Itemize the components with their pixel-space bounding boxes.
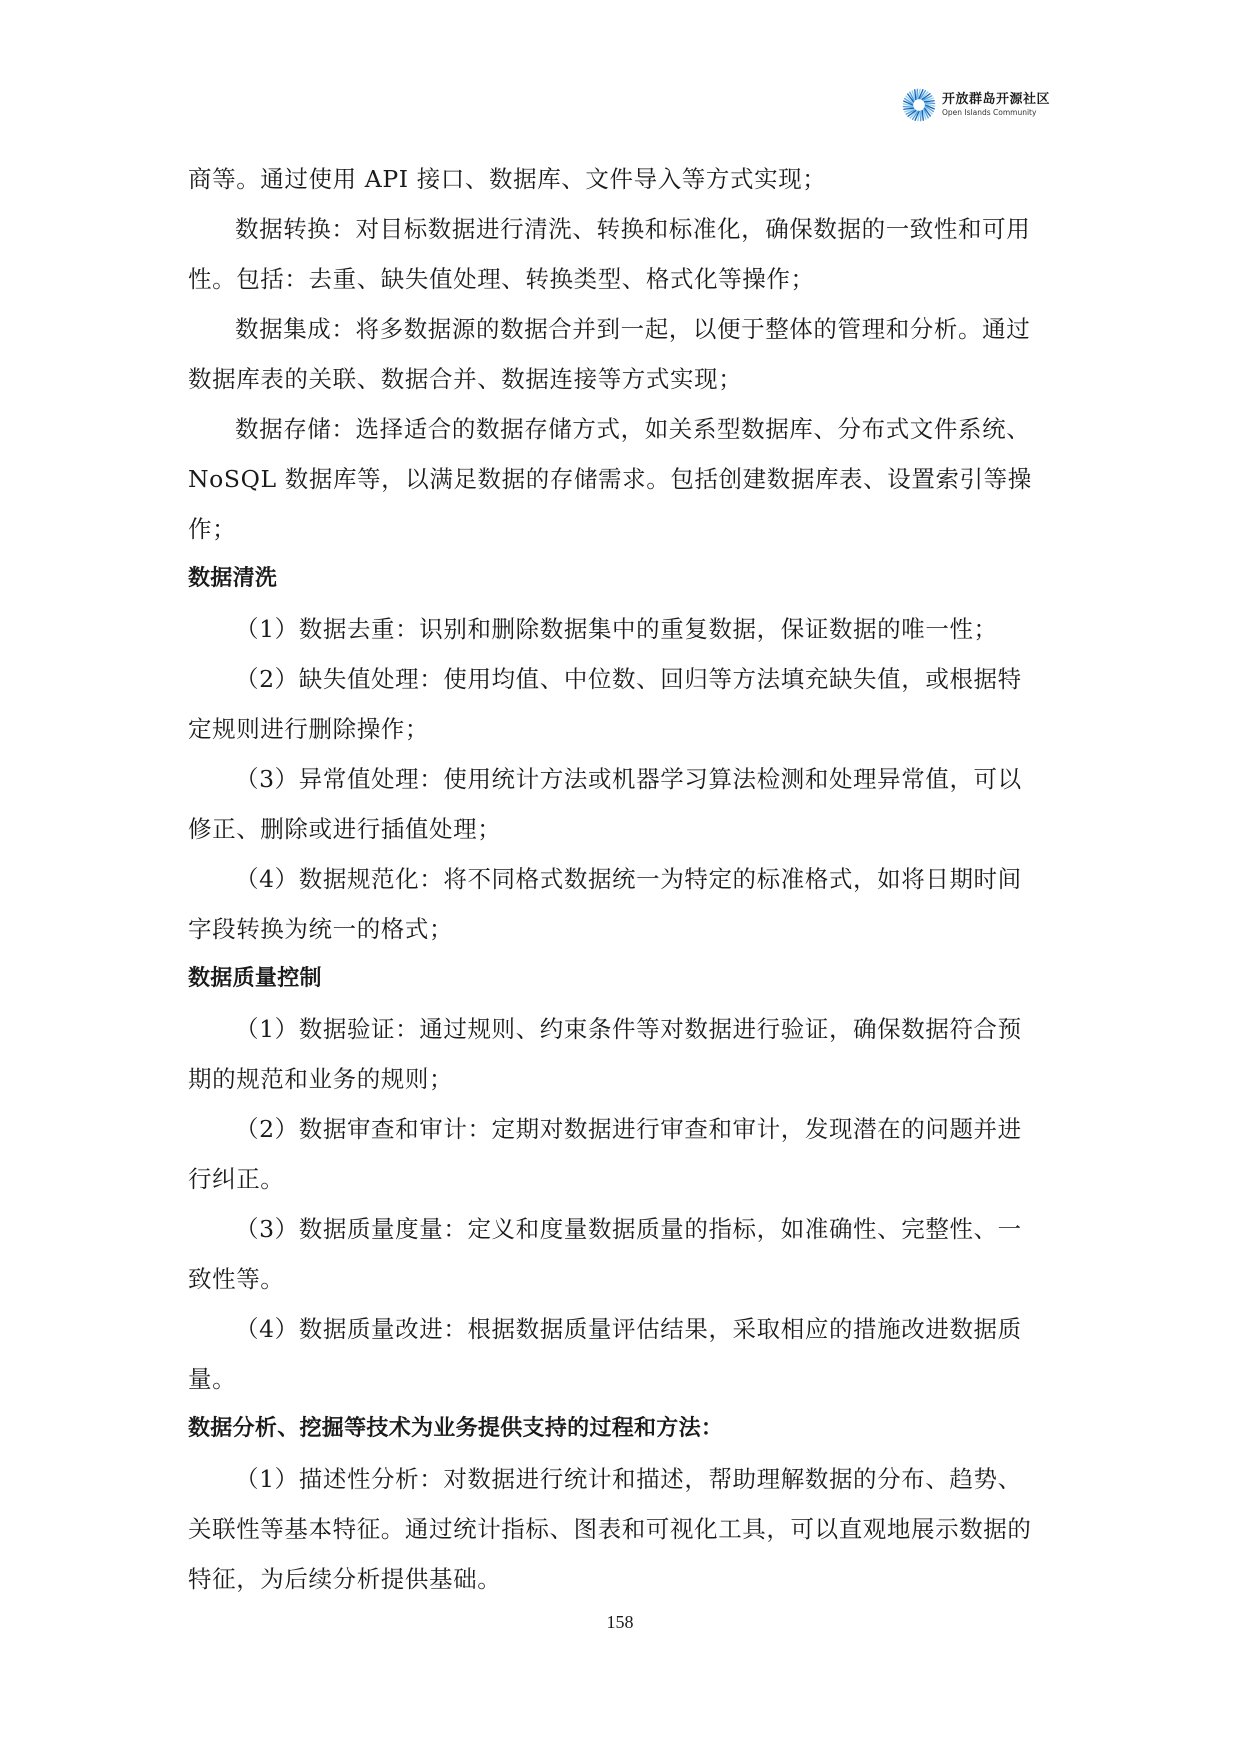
paragraph-line: NoSQL 数据库等，以满足数据的存储需求。包括创建数据库表、设置索引等操	[188, 454, 1058, 504]
paragraph-line: 作；	[188, 504, 1058, 554]
sunburst-logo-icon	[902, 88, 936, 122]
org-name-en: Open Islands Community	[942, 109, 1050, 117]
paragraph-line: 期的规范和业务的规则；	[188, 1054, 1058, 1104]
list-item: （4）数据规范化：将不同格式数据统一为特定的标准格式，如将日期时间	[188, 854, 1058, 904]
list-item: （4）数据质量改进：根据数据质量评估结果，采取相应的措施改进数据质	[188, 1304, 1058, 1354]
paragraph-line: 关联性等基本特征。通过统计指标、图表和可视化工具，可以直观地展示数据的	[188, 1504, 1058, 1554]
section-heading-data-quality-control: 数据质量控制	[188, 954, 1058, 1004]
paragraph-line: 致性等。	[188, 1254, 1058, 1304]
paragraph-line: 行纠正。	[188, 1154, 1058, 1204]
paragraph-line: 修正、删除或进行插值处理；	[188, 804, 1058, 854]
paragraph-line: 数据库表的关联、数据合并、数据连接等方式实现；	[188, 354, 1058, 404]
paragraph-line: 量。	[188, 1354, 1058, 1404]
paragraph-line: 特征，为后续分析提供基础。	[188, 1554, 1058, 1604]
list-item: （1）数据去重：识别和删除数据集中的重复数据，保证数据的唯一性；	[188, 604, 1058, 654]
section-heading-data-analysis: 数据分析、挖掘等技术为业务提供支持的过程和方法：	[188, 1404, 1058, 1454]
paragraph-line: 字段转换为统一的格式；	[188, 904, 1058, 954]
list-item: （3）数据质量度量：定义和度量数据质量的指标，如准确性、完整性、一	[188, 1204, 1058, 1254]
list-item: （1）描述性分析：对数据进行统计和描述，帮助理解数据的分布、趋势、	[188, 1454, 1058, 1504]
page-number: 158	[0, 1612, 1240, 1633]
paragraph-line: 定规则进行删除操作；	[188, 704, 1058, 754]
document-body: 商等。通过使用 API 接口、数据库、文件导入等方式实现； 数据转换：对目标数据…	[188, 154, 1058, 1604]
logo-text: 开放群岛开源社区 Open Islands Community	[942, 93, 1050, 117]
list-item: （3）异常值处理：使用统计方法或机器学习算法检测和处理异常值，可以	[188, 754, 1058, 804]
list-item: （2）缺失值处理：使用均值、中位数、回归等方法填充缺失值，或根据特	[188, 654, 1058, 704]
list-item: （2）数据审查和审计：定期对数据进行审查和审计，发现潜在的问题并进	[188, 1104, 1058, 1154]
paragraph-line: 数据集成：将多数据源的数据合并到一起，以便于整体的管理和分析。通过	[188, 304, 1058, 354]
paragraph-line: 商等。通过使用 API 接口、数据库、文件导入等方式实现；	[188, 154, 1058, 204]
header-logo: 开放群岛开源社区 Open Islands Community	[902, 88, 1050, 122]
paragraph-line: 数据存储：选择适合的数据存储方式，如关系型数据库、分布式文件系统、	[188, 404, 1058, 454]
list-item: （1）数据验证：通过规则、约束条件等对数据进行验证，确保数据符合预	[188, 1004, 1058, 1054]
org-name-cn: 开放群岛开源社区	[942, 93, 1050, 106]
paragraph-line: 数据转换：对目标数据进行清洗、转换和标准化，确保数据的一致性和可用	[188, 204, 1058, 254]
paragraph-line: 性。包括：去重、缺失值处理、转换类型、格式化等操作；	[188, 254, 1058, 304]
section-heading-data-cleaning: 数据清洗	[188, 554, 1058, 604]
